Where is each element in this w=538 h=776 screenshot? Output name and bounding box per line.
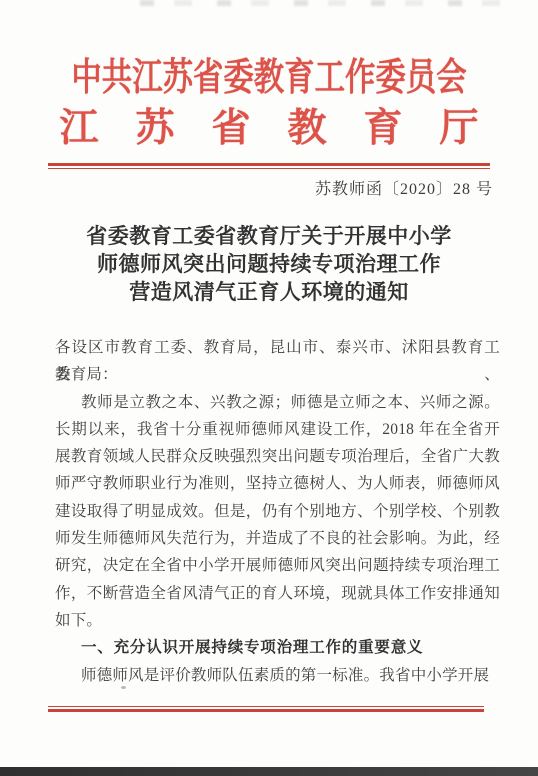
scanned-document-page: 中共江苏省委教育工作委员会 江苏省教育厅 苏教师函〔2020〕28 号 省委教育… xyxy=(0,0,538,776)
body-text-line: 师严守教师职业行为准则，坚持立德树人、为人师表，师德师风 xyxy=(55,470,500,497)
body-text-line: 如下。 xyxy=(55,607,500,634)
document-title-line: 师德师风突出问题持续专项治理工作 xyxy=(0,250,538,278)
issuing-org-primary: 中共江苏省委教育工作委员会 xyxy=(54,56,484,100)
body-text-line: 师德师风是评价教师队伍素质的第一标准。我省中小学开展 xyxy=(55,662,500,689)
body-text-line: 作，不断营造全省风清气正的育人环境，现就具体工作安排通知 xyxy=(55,580,500,607)
document-number: 苏教师函〔2020〕28 号 xyxy=(315,180,493,200)
document-title: 省委教育工委省教育厅关于开展中小学师德师风突出问题持续专项治理工作营造风清气正育… xyxy=(0,222,538,306)
body-text-line: 各设区市教育工委、教育局，昆山市、泰兴市、沭阳县教育工委、 xyxy=(55,334,500,361)
document-body: 各设区市教育工委、教育局，昆山市、泰兴市、沭阳县教育工委、教育局：教师是立教之本… xyxy=(55,334,500,689)
scan-noise-top xyxy=(140,0,525,6)
issuing-org-secondary: 江苏省教育厅 xyxy=(0,106,538,152)
body-text-line: 长期以来，我省十分重视师德师风建设工作，2018 年在全省开 xyxy=(55,416,500,443)
body-text-line: 一、充分认识开展持续专项治理工作的重要意义 xyxy=(55,634,500,661)
body-text-line: 教师是立教之本、兴教之源；师德是立师之本、兴师之源。 xyxy=(55,389,500,416)
body-text-line: 展教育领域人民群众反映强烈突出问题专项治理后，全省广大教 xyxy=(55,443,500,470)
body-text-line: 建设取得了明显成效。但是，仍有个别地方、个别学校、个别教 xyxy=(55,498,500,525)
scan-speck xyxy=(121,686,126,689)
document-title-line: 营造风清气正育人环境的通知 xyxy=(0,278,538,306)
body-text-line: 师发生师德师风失范行为，并造成了不良的社会影响。为此，经 xyxy=(55,525,500,552)
footer-double-rule xyxy=(48,706,484,712)
document-title-line: 省委教育工委省教育厅关于开展中小学 xyxy=(0,222,538,250)
scanner-edge-bar xyxy=(0,767,538,776)
letterhead-double-rule xyxy=(48,163,490,169)
body-text-line: 研究，决定在全省中小学开展师德师风突出问题持续专项治理工 xyxy=(55,552,500,579)
